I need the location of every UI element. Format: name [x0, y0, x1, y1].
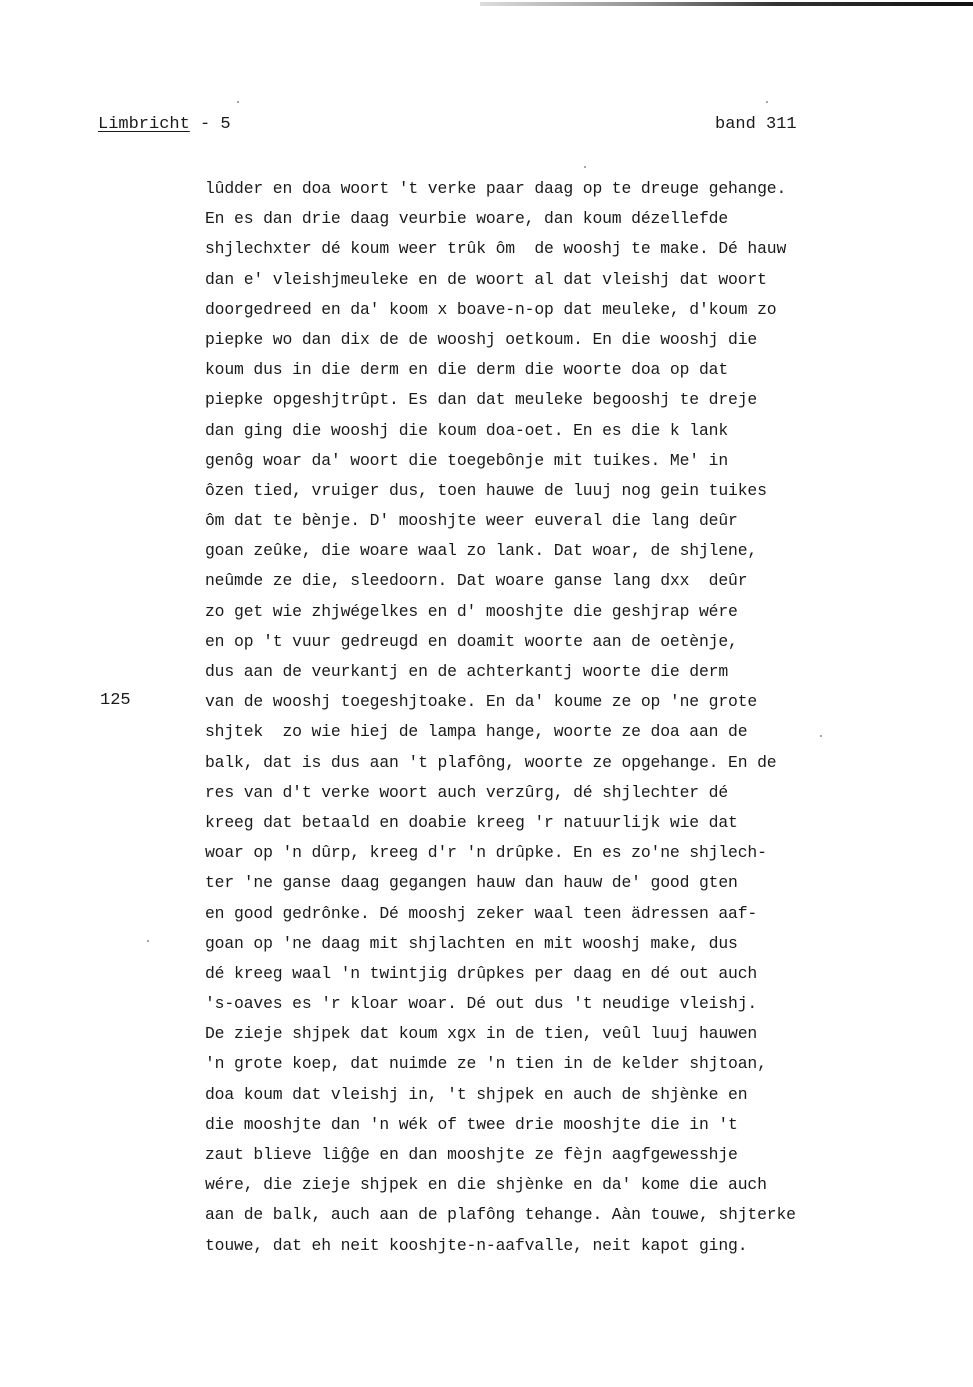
transcript-line: dan e' vleishjmeuleke en de woort al dat…: [205, 265, 885, 295]
transcript-line: koum dus in die derm en die derm die woo…: [205, 355, 885, 385]
transcript-line: kreeg dat betaald en doabie kreeg 'r nat…: [205, 808, 885, 838]
transcript-line: ôzen tied, vruiger dus, toen hauwe de lu…: [205, 476, 885, 506]
transcript-line: woar op 'n dûrp, kreeg d'r 'n drûpke. En…: [205, 838, 885, 868]
transcript-line: piepke opgeshjtrûpt. Es dan dat meuleke …: [205, 385, 885, 415]
transcript-line: res van d't verke woort auch verzûrg, dé…: [205, 778, 885, 808]
transcript-line: piepke wo dan dix de de wooshj oetkoum. …: [205, 325, 885, 355]
tape-label: band 311: [715, 115, 797, 134]
transcript-line: wére, die zieje shjpek en die shjènke en…: [205, 1170, 885, 1200]
scan-speck: [147, 940, 149, 942]
page-number: - 5: [190, 115, 231, 134]
transcript-line: zo get wie zhjwégelkes en d' mooshjte di…: [205, 597, 885, 627]
transcript-line: en good gedrônke. Dé mooshj zeker waal t…: [205, 899, 885, 929]
transcript-line: dan ging die wooshj die koum doa-oet. En…: [205, 416, 885, 446]
transcript-line: zaut blieve liĝĝe en dan mooshjte ze fèj…: [205, 1140, 885, 1170]
transcript-line: 'n grote koep, dat nuimde ze 'n tien in …: [205, 1049, 885, 1079]
transcript-line: shjtek zo wie hiej de lampa hange, woort…: [205, 717, 885, 747]
transcript-body: lûdder en doa woort 't verke paar daag o…: [205, 174, 885, 1261]
transcript-line: goan zeûke, die woare waal zo lank. Dat …: [205, 536, 885, 566]
transcript-line: goan op 'ne daag mit shjlachten en mit w…: [205, 929, 885, 959]
transcript-line: shjlechxter dé koum weer trûk ôm de woos…: [205, 234, 885, 264]
transcript-line: dus aan de veurkantj en de achterkantj w…: [205, 657, 885, 687]
transcript-line: lûdder en doa woort 't verke paar daag o…: [205, 174, 885, 204]
transcript-line: die mooshjte dan 'n wék of twee drie moo…: [205, 1110, 885, 1140]
scan-speck: [584, 166, 586, 168]
transcript-line: genôg woar da' woort die toegebônje mit …: [205, 446, 885, 476]
transcript-line: dé kreeg waal 'n twintjig drûpkes per da…: [205, 959, 885, 989]
page-header-location: Limbricht - 5: [98, 115, 231, 134]
margin-line-number: 125: [100, 691, 131, 710]
transcript-line: doa koum dat vleishj in, 't shjpek en au…: [205, 1080, 885, 1110]
transcript-line: En es dan drie daag veurbie woare, dan k…: [205, 204, 885, 234]
scan-speck: [820, 735, 822, 737]
transcript-line: aan de balk, auch aan de plafông tehange…: [205, 1200, 885, 1230]
transcript-line: ôm dat te bènje. D' mooshjte weer euvera…: [205, 506, 885, 536]
transcript-line: doorgedreed en da' koom x boave-n-op dat…: [205, 295, 885, 325]
transcript-line: balk, dat is dus aan 't plafông, woorte …: [205, 748, 885, 778]
transcript-line: neûmde ze die, sleedoorn. Dat woare gans…: [205, 566, 885, 596]
transcript-line: ter 'ne ganse daag gegangen hauw dan hau…: [205, 868, 885, 898]
transcript-line: De zieje shjpek dat koum xgx in de tien,…: [205, 1019, 885, 1049]
transcript-line: touwe, dat eh neit kooshjte-n-aafvalle, …: [205, 1231, 885, 1261]
scan-speck: [237, 101, 239, 103]
scan-border-artifact: [480, 2, 973, 6]
transcript-line: en op 't vuur gedreugd en doamit woorte …: [205, 627, 885, 657]
place-name: Limbricht: [98, 115, 190, 134]
scan-speck: [766, 101, 768, 103]
transcript-line: van de wooshj toegeshjtoake. En da' koum…: [205, 687, 885, 717]
transcript-line: 's-oaves es 'r kloar woar. Dé out dus 't…: [205, 989, 885, 1019]
